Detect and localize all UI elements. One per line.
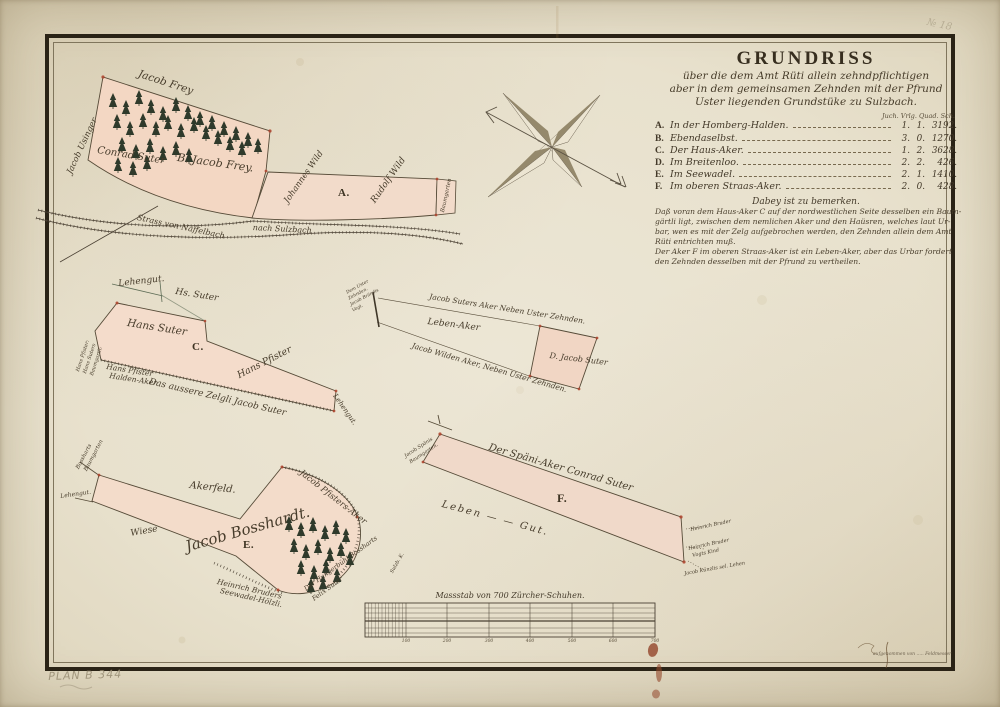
scale-tick-label: 700 [651,639,660,644]
label-e-right-3: Sulzb. K. [390,552,406,574]
note-line-6: den Zehnden desselben mit der Pfrund zu … [655,257,957,267]
area-table-row: E. Im Seewadel. 2. 1. 1410. [655,169,957,181]
label-lehengut-c-top: Lehengut. [118,275,165,289]
label-c-bottom-boundary: Das aussere Zelgli Jacob Suter [148,378,287,418]
row-name: In der Homberg-Halden. [670,120,789,131]
scale-tick-label: 600 [609,639,618,644]
map-subtitle-line-2: aber in dem gemeinsamen Zehnden mit der … [655,83,957,96]
scale-tick-label: 400 [526,639,535,644]
parcel-c-label: C. [192,342,204,353]
note-line-3: bar, wen es mit der Zelg aufgebrochen we… [655,227,957,237]
label-akerfeld: Akerfeld. [189,481,236,496]
map-title: GRUNDRISS [655,48,957,70]
area-table-row: A. In der Homberg-Halden. 1. 1. 3192. [655,120,957,132]
area-table-header: Juch. Vrlg. Quad. Sch. [655,112,957,120]
scale-tick-label: 100 [402,639,411,644]
label-f-right-1: Heinrich Bruder [690,519,732,533]
label-f-right-3: Jacob Künzlis sel. Lehen [684,561,746,577]
map-subtitle-line-1: über die dem Amt Rüti allein zehndpflich… [655,70,957,83]
label-f-top-boundary: Der Späni-Aker Conrad Suter [487,443,634,494]
row-letter: A. [655,121,670,132]
title-block: GRUNDRISS über die dem Amt Rüti allein z… [655,48,957,267]
parcel-e-label: E. [243,540,254,551]
dotted-leader [793,127,891,128]
label-e-left-3: Lehengut. [60,490,91,500]
label-owner-conrad-suter: Conrad Suter [96,146,165,167]
label-neighbor-hans-pfister: Hans Pfister [236,345,293,380]
label-baumgarten-sliver: Baumgarten [441,178,454,213]
label-hs-suter: Hs. Suter [175,288,219,304]
parcel-f-label: F. [557,492,567,504]
note-heading: Dabey ist zu bemerken. [655,197,957,207]
surveyor-signature: aufgenommen von ..... Feldmesser [873,653,951,658]
label-d-lehen-aker: Leben-Aker [427,318,481,333]
parcel-b-label: B. Jacob Frey. [176,152,254,174]
label-f-lehen-gut: Leben — — Gut. [440,500,549,538]
note-line-5: Der Aker F im oberen Straas-Aker ist ein… [655,247,957,257]
note-line-1: Daß voran dem Haus-Aker C auf der nordwe… [655,207,957,217]
parcel-d-label: D. Jacob Suter [549,352,608,367]
map-subtitle-line-3: Uster liegenden Grundstüke zu Sulzbach. [655,96,957,109]
label-neighbor-johannes-wild: Johannes Wild [283,150,325,205]
label-wiese: Wiese [130,525,158,539]
note-line-4: Rüti entrichten muß. [655,237,957,247]
label-owner-hans-suter: Hans Suter [126,318,187,338]
parcel-a-label: A. [338,188,350,199]
scale-tick-label: 300 [485,639,494,644]
pencil-corner-note: № 18 [926,18,953,33]
area-table-row: F. Im oberen Straas-Aker. 2. 0. 428. [655,181,957,193]
label-lehengut-c-right: Lehengut. [331,393,357,426]
label-neighbor-jacob-usinger: Jacob Usinger [66,117,99,176]
road-label-sulzbach: nach Sulzbach [253,224,312,235]
label-d-bottom-boundary: Jacob Wilden Aker, Neben Uster Zehnden. [411,342,568,394]
area-table-row: C. Der Haus-Aker. 1. 2. 3628. [655,145,957,157]
map-sheet: Jacob Frey Jacob Usinger Conrad Suter B.… [0,0,1000,707]
label-neighbor-rudolf-wild: Rudolf Wild [370,156,408,205]
pencil-plan-number: PLAN B 344 [48,668,122,682]
scale-bar-title: Massstab von 700 Zürcher-Schuhen. [365,591,655,600]
note-line-2: gärtli ligt, zwischen dem nemlichen Aker… [655,217,957,227]
label-owner-jacob-frey: Jacob Frey [137,69,195,97]
scale-tick-label: 200 [443,639,452,644]
area-table-row: B. Ebendaselbst. 3. 0. 1270. [655,133,957,145]
area-table-row: D. Im Breitenloo. 2. 2. 426. [655,157,957,169]
road-label-naeffelbach: Strass von Näffelbach [136,214,225,240]
scale-tick-label: 500 [568,639,577,644]
